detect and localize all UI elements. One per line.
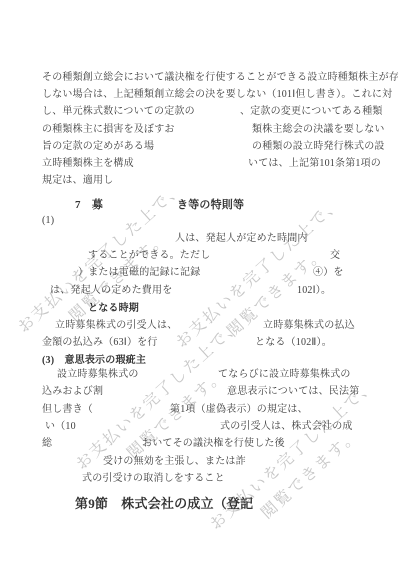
body-text-fragment: 立時種類株主を構成 <box>42 154 134 169</box>
body-text-fragment: ）または電磁的記録に記録 <box>78 263 200 278</box>
body-text-fragment: その種類創立総会において議決権を行使することができる設立時種類株主が存 <box>42 68 399 83</box>
body-text-fragment: 類株主総会の決議を要しない <box>252 120 385 135</box>
body-text-fragment: となる（102Ⅱ）。 <box>255 333 332 348</box>
body-text-fragment: てならびに設立時募集株式の <box>218 365 351 380</box>
body-text-fragment: 但し書き（ <box>42 400 93 415</box>
body-text-fragment: し、単元株式数についての定款の <box>42 102 195 117</box>
body-text-fragment: しない場合は、上記種類創立総会の決を要しない（101Ⅰ但し書き）。これに対 <box>42 85 392 100</box>
body-text-fragment: ④）を <box>313 263 344 278</box>
body-text-fragment: 意思表示については、民法第 <box>227 382 359 397</box>
body-text-fragment: 第1項（虚偽表示）の規定は、 <box>170 400 308 415</box>
body-text-fragment: 式の引受けの取消しをすること <box>82 469 225 484</box>
body-text-fragment: 旨の定款の定めがある場 <box>42 137 154 152</box>
body-text-fragment: い（10 <box>45 417 76 432</box>
body-text-fragment: 規定は、適用し <box>42 171 113 186</box>
body-text-fragment: の種類株主に損害を及ぼすお <box>42 120 175 135</box>
body-text-fragment: 、定款の変更についてある種類 <box>240 102 383 117</box>
body-text-fragment: 立時募集株式の引受人は、 <box>55 316 177 331</box>
heading-fragment: き等の特則等 <box>177 196 244 212</box>
heading-fragment: 7 募 <box>75 196 103 212</box>
body-text-fragment: 立時募集株式の払込 <box>263 316 355 331</box>
body-text-fragment: 人は、発起人が定めた時間内 <box>175 229 308 244</box>
body-text-fragment: 設立時募集株式の <box>57 365 139 380</box>
body-text-fragment: 式の引受人は、株式会社の成 <box>220 417 353 432</box>
body-text-fragment: 受けの無効を主張し、または詐 <box>103 452 246 467</box>
document-page: お支払いを完了した上で、閲覧できます。お支払いを完了した上で、閲覧できます。お支… <box>0 0 410 580</box>
body-text-fragment: おいてその議決権を行使した後 <box>142 434 285 449</box>
body-text-fragment: (1) <box>42 215 54 226</box>
heading-fragment: (3) 意思表示の瑕疵主 <box>42 351 146 366</box>
body-text-fragment: いては、上記第101条第1項の <box>248 154 381 169</box>
body-text-fragment: 交 <box>330 246 340 261</box>
body-text-fragment: 込みおよび割 <box>42 382 103 397</box>
body-text-fragment: 総 <box>42 434 52 449</box>
body-text-fragment: の種類の設立時発行株式の設 <box>252 137 385 152</box>
body-text-fragment: 102Ⅰ）。 <box>297 281 331 296</box>
heading-fragment: 第9節 株式会社の成立（登記 <box>75 493 253 512</box>
body-text-fragment: 金額の払込み（63Ⅰ）を行 <box>42 333 158 348</box>
body-text-fragment: は、発起人の定めた費用を <box>50 281 172 296</box>
body-text-fragment: することができる。ただし <box>88 246 210 261</box>
heading-fragment: となる時期 <box>88 299 139 314</box>
